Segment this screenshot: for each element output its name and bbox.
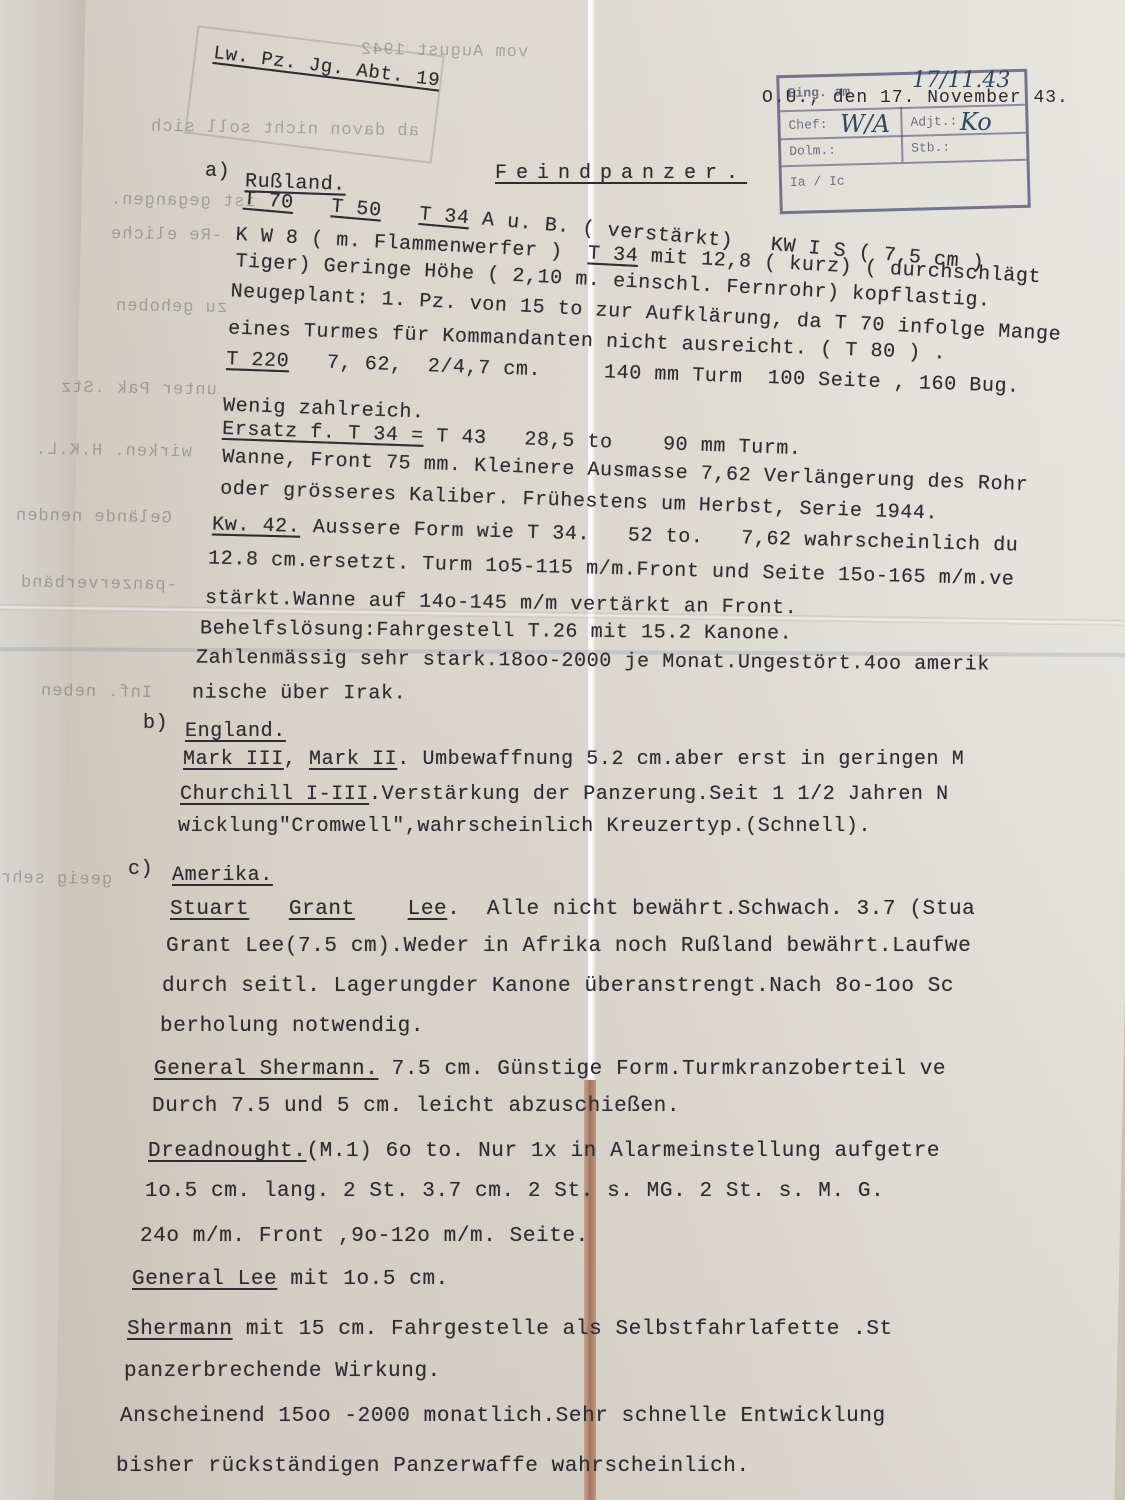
stamp-chef-label: Chef: [788,117,827,133]
text-fragment [249,898,289,921]
bleed-text: wirken. H.K.L. [35,441,192,463]
text-fragment: Anscheinend 15oo -2000 monatlich.Sehr sc… [120,1405,886,1428]
underlined-term: General Shermann. [154,1058,378,1081]
stamp-date-handwritten: 17/11.43 [912,68,1010,93]
underlined-term: Churchill I-III [180,783,369,806]
section-heading-america: Amerika. [172,864,273,887]
underlined-term: Mark III [183,748,284,771]
underlined-term: T 34 [587,242,639,268]
text-fragment: .Verstärkung der Panzerung.Seit 1 1/2 Ja… [369,783,949,806]
stamp-adjutant-initials: Ko [960,108,992,136]
text-line: Anscheinend 15oo -2000 monatlich.Sehr sc… [120,1405,886,1428]
bleed-text: Gelände nenden [15,507,172,529]
text-line: durch seitl. Lagerungder Kanone überanst… [162,975,954,998]
underlined-term: T 220 [226,348,290,373]
bleed-text: geeig sehr [0,869,112,890]
stamp-dolm-label: Dolm.: [789,143,836,159]
text-line: Grant Lee(7.5 cm).Weder in Afrika noch R… [166,935,971,958]
underlined-term: Shermann [127,1318,233,1341]
text-fragment: . Umbewaffnung 5.2 cm.aber erst in gerin… [397,748,964,771]
text-fragment: 7.5 cm. Günstige Form.Turmkranzoberteil … [378,1058,946,1081]
text-line: 1o.5 cm. lang. 2 St. 3.7 cm. 2 St. s. MG… [145,1180,884,1203]
bleed-text: Inf. neben [40,682,152,703]
stamp-chef-initials: W/A [840,110,890,138]
text-fragment: bisher rückständigen Panzerwaffe wahrsch… [116,1455,750,1478]
stamp-header: Eing. am [788,84,851,101]
text-line: wicklung"Cromwell",wahrscheinlich Kreuze… [178,815,871,838]
text-line: Shermann mit 15 cm. Fahrgestelle als Sel… [127,1318,893,1341]
text-fragment: wicklung"Cromwell",wahrscheinlich Kreuze… [178,815,871,838]
text-fragment [355,898,408,921]
text-fragment: Durch 7.5 und 5 cm. leicht abzuschießen. [152,1095,680,1118]
underlined-term: T 50 [330,195,382,222]
stamp-adjutant-label: Adjt.: [910,114,957,130]
text-fragment: durch seitl. Lagerungder Kanone überanst… [162,975,954,998]
underlined-term: Grant [289,898,355,921]
text-line: General Shermann. 7.5 cm. Günstige Form.… [154,1058,946,1081]
bleed-text: unter Pak .Stz [60,379,217,401]
text-fragment: berholung notwendig. [160,1015,424,1038]
stamp-stab-label: Stb.: [911,140,950,156]
text-line: 24o m/m. Front ,9o-12o m/m. Seite. [140,1225,589,1248]
text-line: General Lee mit 1o.5 cm. [132,1268,449,1291]
section-marker: a) [205,160,231,184]
text-fragment [381,200,421,226]
text-fragment: . Alle nicht bewährt.Schwach. 3.7 (Stua [447,898,975,921]
section-marker: c) [128,858,153,881]
text-fragment: mit 15 cm. Fahrgestelle als Selbstfahrla… [233,1318,893,1341]
text-line: Mark III, Mark II. Umbewaffnung 5.2 cm.a… [183,748,964,771]
stamp-footer: Ia / Ic [790,174,845,190]
underlined-term: General Lee [132,1268,277,1291]
text-fragment: nische über Irak. [192,682,406,706]
text-line: Dreadnought.(M.1) 6o to. Nur 1x in Alarm… [148,1140,940,1163]
text-line: berholung notwendig. [160,1015,424,1038]
text-fragment: , [284,748,309,771]
underlined-term: Lee [408,898,448,921]
text-line: bisher rückständigen Panzerwaffe wahrsch… [116,1455,750,1478]
text-line: Churchill I-III.Verstärkung der Panzerun… [180,783,949,806]
bleed-text: -Re eliche [110,225,222,246]
text-fragment: panzerbrechende Wirkung. [124,1360,441,1383]
text-fragment: mit 1o.5 cm. [277,1268,449,1291]
underlined-term: T 70 [242,188,294,215]
text-fragment: Grant Lee(7.5 cm).Weder in Afrika noch R… [166,935,971,958]
bleed-text: -panzerverbänd [20,574,177,596]
document-title: Feindpanzer. [495,162,747,185]
underlined-term: Dreadnought. [148,1140,306,1163]
text-line: nische über Irak. [192,682,406,706]
text-fragment: 1o.5 cm. lang. 2 St. 3.7 cm. 2 St. s. MG… [145,1180,884,1203]
text-line: panzerbrechende Wirkung. [124,1360,441,1383]
bleed-text: zu gehoben [115,297,227,318]
bleed-text: ist gegangen. [110,191,256,213]
underlined-term: Stuart [170,898,249,921]
text-line: Stuart Grant Lee. Alle nicht bewährt.Sch… [170,898,975,921]
underlined-term: T 34 [418,203,470,230]
underlined-term: Mark II [309,748,397,771]
text-fragment [293,192,333,218]
section-heading-england: England. [185,720,286,743]
text-fragment: (M.1) 6o to. Nur 1x in Alarmeinstellung … [306,1140,940,1163]
text-fragment: 24o m/m. Front ,9o-12o m/m. Seite. [140,1225,589,1248]
section-marker: b) [143,712,168,735]
bleed-text: vom August 1942 [360,41,528,63]
text-line: Durch 7.5 und 5 cm. leicht abzuschießen. [152,1095,680,1118]
underlined-term: Kw. 42. [212,513,301,538]
